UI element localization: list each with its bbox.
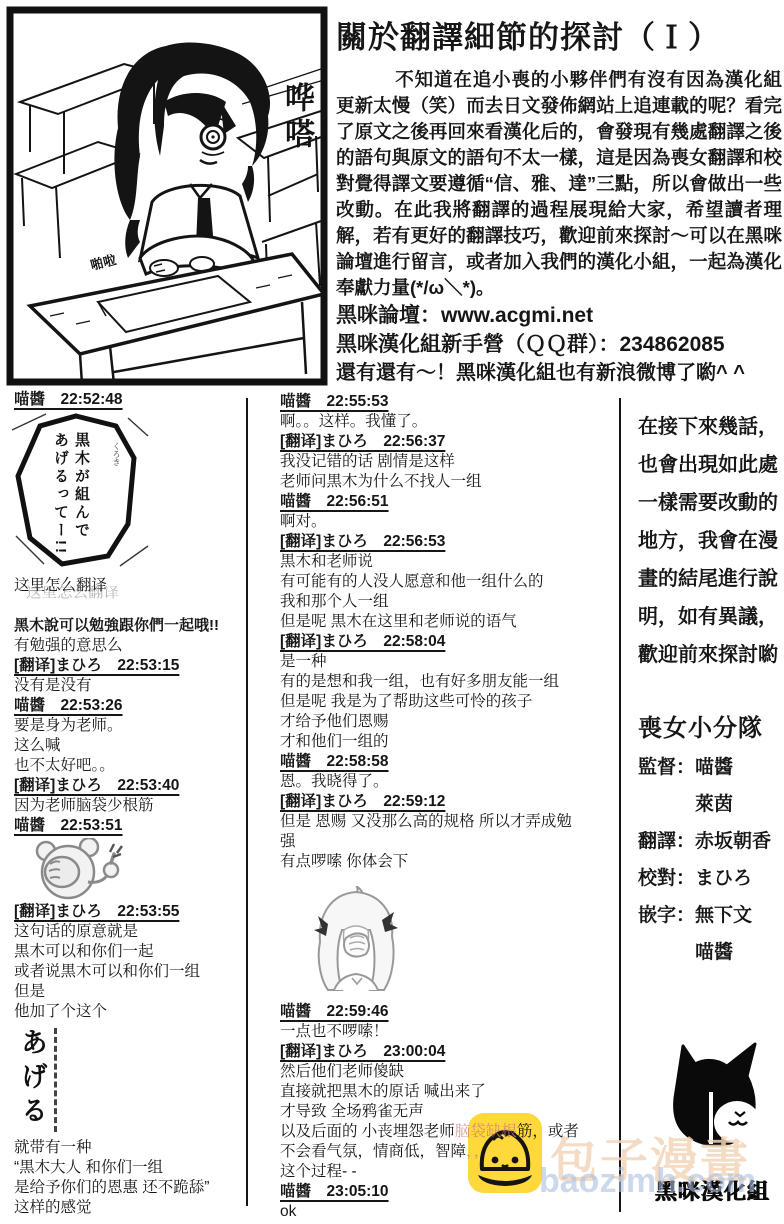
chat-message-text: 然后他们老师傻缺	[280, 1062, 618, 1082]
sfx-text: 哗嗒	[274, 82, 318, 154]
chat-message-text: 我和那个人一组	[280, 592, 618, 612]
chat-message-text: ok	[280, 1202, 618, 1222]
chat-message-text: 但是	[14, 982, 248, 1002]
chat-text-segment: 不会看气氛，情商低，智障	[280, 1143, 466, 1160]
bubble-furigana: くろき	[106, 442, 126, 466]
chat-message-text: 才给予他们恩赐	[280, 712, 618, 732]
chat-message-text: 但是呢 我是为了帮助这些可怜的孩子	[280, 692, 618, 712]
chat-message-text: 没有是没有	[14, 676, 248, 696]
chat-message-text: 恩。我晓得了。	[280, 772, 618, 792]
chat-text-segment: 以及后面的 小丧埋怨老师	[280, 1123, 455, 1140]
chat-message-header: [翻译]まひろ 22:59:12	[280, 792, 618, 812]
chat-column-left: 喵醬 22:52:48 黒木が組んであげるってー!! くろき 这里怎么翻译这里怎…	[14, 390, 248, 1218]
chat-message-text: 老师问黒木为什么不找人一组	[280, 472, 618, 492]
chat-message-text: 直接就把黒木的原话 喊出来了	[280, 1082, 618, 1102]
column-divider-left	[246, 398, 248, 1206]
chat-message-text: 强	[280, 832, 618, 852]
qq-group-text: 黑咪漢化組新手營（ＱＱ群）：234862085	[336, 330, 782, 359]
translator-notes: 關於翻譯細節的探討（Ｉ） 不知道在追小喪的小夥伴們有沒有因為漢化組更新太慢（笑）…	[336, 12, 782, 388]
team-title: 喪女小分隊	[638, 708, 784, 743]
chat-message-header: 喵醬 22:52:48	[14, 390, 248, 410]
chat-message-text: “黒木大人 和你们一组	[14, 1158, 248, 1178]
chat-message-text: 也不太好吧。。	[14, 756, 248, 776]
chat-text-faded: 脑袋缺根	[455, 1123, 517, 1140]
weibo-note-text: 還有還有～！黑咪漢化組也有新浪微博了喲^ ^	[336, 359, 782, 388]
bubble-line-1: 黒木が組んで	[73, 432, 90, 540]
side-note-text: 在接下來幾話， 也會出現如此處 一樣需要改動的 地方，我會在漫 畫的結尾進行說 …	[638, 408, 784, 674]
column-divider-right	[619, 398, 621, 1212]
watermark-site-url: baozimh.com	[539, 1162, 756, 1201]
chat-message-header: [翻译]まひろ 23:00:04	[280, 1042, 618, 1062]
chat-message-text: 有可能有的人没人愿意和他一组什么的	[280, 572, 618, 592]
ageru-vertical-text: あげる	[22, 1028, 57, 1132]
chat-message-header: 喵醬 22:53:51	[14, 816, 248, 836]
chat-message-text: 才导致 全场鸦雀无声	[280, 1102, 618, 1122]
classroom-illustration	[6, 6, 328, 386]
chat-message-header: [翻译]まひろ 22:53:55	[14, 902, 248, 922]
ageru-annotation: あげる	[22, 1028, 248, 1136]
chat-message-text: 要是身为老师。	[14, 716, 248, 736]
girl-facepalm-image	[308, 886, 404, 994]
chat-message-header: 喵醬 22:58:58	[280, 752, 618, 772]
chat-message-text: 一点也不啰嗦！	[280, 1022, 618, 1042]
chat-message-text: 有点啰嗦 你体会下	[280, 852, 618, 872]
page-title: 關於翻譯細節的探討（Ｉ）	[336, 12, 782, 57]
quoted-manga-bubble: 黒木が組んであげるってー!! くろき	[10, 412, 150, 570]
chat-message-text: 是一种	[280, 652, 618, 672]
chat-message-text: 但是 恩赐 又没那么高的规格 所以才弄成勉	[280, 812, 618, 832]
chat-message-text: 他加了个这个	[14, 1002, 248, 1022]
chat-message-text: 啊对。	[280, 512, 618, 532]
sidebar-notes: 在接下來幾話， 也會出現如此處 一樣需要改動的 地方，我會在漫 畫的結尾進行說 …	[638, 408, 784, 971]
chat-message-header: 喵醬 22:55:53	[280, 392, 618, 412]
chat-message-text: 黒木和老师说	[280, 552, 618, 572]
chat-message-text: 这句话的原意就是	[14, 922, 248, 942]
chat-message-text: 但是呢 黒木在这里和老师说的语气	[280, 612, 618, 632]
chat-message-text: 有勉强的意思么	[14, 636, 248, 656]
chat-message-header: [翻译]まひろ 22:58:04	[280, 632, 618, 652]
chat-message-text: 黑木說可以勉強跟你們一起哦!!	[14, 616, 248, 636]
chat-message-header: 喵醬 22:53:26	[14, 696, 248, 716]
chat-message-text: 才和他们一组的	[280, 732, 618, 752]
chat-message-text: 就带有一种	[14, 1138, 248, 1158]
bubble-line-2: あげるってー!!	[52, 432, 69, 556]
manga-translation-notes-page: 哗嗒 啪啦 關於翻譯細節的探討（Ｉ） 不知道在追小喪的小夥伴們有沒有因為漢化組更…	[0, 0, 784, 1224]
chat-message-header: [翻译]まひろ 22:53:40	[14, 776, 248, 796]
chat-message-header: [翻译]まひろ 22:53:15	[14, 656, 248, 676]
bear-facepalm-emoticon	[16, 838, 128, 900]
chat-message-text: 是给予你们的恩惠 还不跪舔”	[14, 1178, 248, 1198]
manga-panel: 哗嗒 啪啦	[6, 6, 328, 386]
chat-message-text: 这样的感觉	[14, 1198, 248, 1218]
credits-list: 監督：喵醬 萊茵 翻譯：赤坂朝香 校對：まひろ 嵌字：無下文 喵醬	[638, 749, 784, 971]
forum-url-text: 黑咪論壇：www.acgmi.net	[336, 301, 782, 330]
chat-message-header: 喵醬 22:59:46	[280, 1002, 618, 1022]
chat-text-faded: ，，	[466, 1143, 489, 1160]
chat-message-text: 这么喊	[14, 736, 248, 756]
chat-message-text: 因为老师脑袋少根筋	[14, 796, 248, 816]
notes-intro-paragraph: 不知道在追小喪的小夥伴們有沒有因為漢化組更新太慢（笑）而去日文發佈網站上追連載的…	[336, 67, 782, 301]
chat-message-text: 这里怎么翻译这里怎么翻译	[14, 576, 248, 596]
chat-message-header: [翻译]まひろ 22:56:53	[280, 532, 618, 552]
chat-message-text: 黒木可以和你们一起	[14, 942, 248, 962]
chat-message-header: 喵醬 22:56:51	[280, 492, 618, 512]
chat-message-text: 我没记错的话 剧情是这样	[280, 452, 618, 472]
chat-message-text: 有的是想和我一组，也有好多朋友能一组	[280, 672, 618, 692]
chat-message-text: 啊。。这样。我懂了。	[280, 412, 618, 432]
chat-message-text: 或者说黒木可以和你们一组	[14, 962, 248, 982]
ghost-text: 这里怎么翻译	[26, 585, 119, 603]
chat-message-header: [翻译]まひろ 22:56:37	[280, 432, 618, 452]
chat-column-middle: 喵醬 22:55:53啊。。这样。我懂了。[翻译]まひろ 22:56:37我没记…	[280, 392, 618, 1222]
bubble-japanese-text: 黒木が組んであげるってー!!	[50, 432, 92, 556]
